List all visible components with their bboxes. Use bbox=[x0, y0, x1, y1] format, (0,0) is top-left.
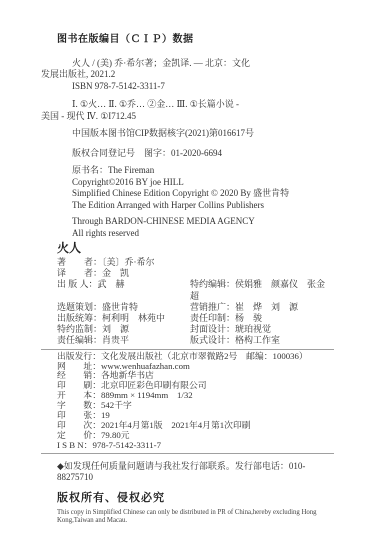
publishing-value: 542千字 bbox=[101, 400, 132, 410]
publishing-label: 印 次： bbox=[57, 420, 101, 430]
credit-label: 营销推广： bbox=[190, 302, 235, 312]
cip-title-line1: 火人 / (美) 乔·希尔著；金凯译. — 北京：文化 bbox=[72, 58, 334, 70]
publishing-value: 文化发展出版社（北京市翠微路2号 邮编：100036） bbox=[101, 351, 308, 361]
credit-value: 〔美〕乔·希尔 bbox=[102, 257, 155, 267]
book-colophon-page: 图书在版编目（ＣＩＰ）数据 火人 / (美) 乔·希尔著；金凯译. — 北京：文… bbox=[0, 0, 375, 536]
english-distribution-notice: This copy in Simplified Chinese can only… bbox=[57, 509, 334, 525]
credit-label: 选题策划： bbox=[57, 302, 102, 312]
credit-row: 责任编辑：肖贵平 版式设计：格构工作室 bbox=[57, 335, 334, 346]
credit-label: 出 版 人： bbox=[57, 279, 98, 289]
divider bbox=[41, 349, 334, 350]
credit-cell: 营销推广：崔 烨 刘 源 bbox=[190, 302, 334, 313]
credit-cell bbox=[190, 268, 334, 279]
credit-cell: 译 者：金 凯 bbox=[57, 268, 190, 279]
publishing-label: I S B N： bbox=[57, 440, 92, 450]
quality-notice-text: 如发现任何质量问题请与我社发行部联系。发行部电话：010-88275710 bbox=[57, 461, 305, 483]
publishing-label: 印 张： bbox=[57, 410, 101, 420]
publishing-value: 978-7-5142-3311-7 bbox=[92, 440, 161, 450]
cip-description-block: 火人 / (美) 乔·希尔著；金凯译. — 北京：文化 发展出版社, 2021.… bbox=[41, 58, 334, 93]
credit-cell: 版式设计：格构工作室 bbox=[190, 335, 334, 346]
publishing-label: 字 数： bbox=[57, 400, 101, 410]
publishing-value: 2021年4月第1版 2021年4月第1次印刷 bbox=[101, 420, 251, 430]
publishing-value: 889mm × 1194mm 1/32 bbox=[101, 390, 193, 400]
credit-cell: 封面设计：琥珀视觉 bbox=[190, 324, 334, 335]
credit-row: 译 者：金 凯 bbox=[57, 268, 334, 279]
colophon-content: 图书在版编目（ＣＩＰ）数据 火人 / (美) 乔·希尔著；金凯译. — 北京：文… bbox=[0, 0, 375, 525]
copyright-statement: 版权所有、侵权必究 bbox=[57, 492, 334, 505]
credit-cell bbox=[190, 257, 334, 268]
cip-heading: 图书在版编目（ＣＩＰ）数据 bbox=[57, 34, 334, 46]
credit-label: 特约编辑： bbox=[190, 279, 235, 289]
publishing-label: 定 价： bbox=[57, 430, 101, 440]
credit-value: 武 赫 bbox=[98, 279, 125, 289]
copyright-block: Copyright©2016 BY joe HILL Simplified Ch… bbox=[72, 177, 334, 212]
rights-reserved-line: All rights reserved bbox=[72, 228, 334, 240]
credits-table: 著 者：〔美〕乔·希尔 译 者：金 凯 出 版 人：武 赫 特约编辑：侯娟雅 颜… bbox=[41, 257, 334, 347]
original-title: 原书名：The Fireman bbox=[72, 165, 334, 177]
credit-row: 著 者：〔美〕乔·希尔 bbox=[57, 257, 334, 268]
credit-cell: 出版统筹：柯利明 林苑中 bbox=[57, 313, 190, 324]
credit-label: 责任编辑： bbox=[57, 335, 102, 345]
credit-cell: 特约编辑：侯娟雅 颜嘉仪 张金超 bbox=[190, 279, 334, 301]
credit-value: 杨 骏 bbox=[235, 313, 262, 323]
publishing-label: 印 刷： bbox=[57, 380, 101, 390]
credit-label: 责任印制： bbox=[190, 313, 235, 323]
copyright-registration: 版权合同登记号 图字：01-2020-6694 bbox=[72, 148, 334, 160]
cip-classification-block: Ⅰ. ①火… Ⅱ. ①乔… ②金… Ⅲ. ①长篇小说 - 美国 - 现代 Ⅳ. … bbox=[41, 99, 334, 122]
publishing-value: 19 bbox=[101, 410, 110, 420]
credit-cell: 著 者：〔美〕乔·希尔 bbox=[57, 257, 190, 268]
credit-cell: 责任印制：杨 骏 bbox=[190, 313, 334, 324]
credit-value: 柯利明 林苑中 bbox=[102, 313, 165, 323]
credit-value: 盛世肯特 bbox=[102, 302, 138, 312]
publishing-label: 出版发行： bbox=[57, 351, 101, 361]
credit-value: 琥珀视觉 bbox=[235, 324, 271, 334]
credit-label: 封面设计： bbox=[190, 324, 235, 334]
credit-label: 特约监制： bbox=[57, 324, 102, 334]
credit-cell: 责任编辑：肖贵平 bbox=[57, 335, 190, 346]
credit-row: 出 版 人：武 赫 特约编辑：侯娟雅 颜嘉仪 张金超 bbox=[57, 279, 334, 301]
publishing-value: 79.80元 bbox=[101, 430, 130, 440]
credit-value: 金 凯 bbox=[102, 268, 129, 278]
credit-cell: 特约监制：刘 源 bbox=[57, 324, 190, 335]
publishing-value: 北京印匠彩色印刷有限公司 bbox=[101, 380, 207, 390]
credit-value: 刘 源 bbox=[102, 324, 129, 334]
agency-line: Through BARDON-CHINESE MEDIA AGENCY bbox=[72, 216, 334, 228]
credit-value: 崔 烨 刘 源 bbox=[235, 302, 298, 312]
book-title: 火人 bbox=[57, 241, 334, 256]
publishing-table: 出版发行：文化发展出版社（北京市翠微路2号 邮编：100036） 网 址：www… bbox=[41, 352, 334, 451]
credit-label: 版式设计： bbox=[190, 335, 235, 345]
copyright-line1: Copyright©2016 BY joe HILL bbox=[72, 177, 334, 189]
quality-notice: ◆如发现任何质量问题请与我社发行部联系。发行部电话：010-88275710 bbox=[57, 461, 334, 484]
credit-label: 译 者： bbox=[57, 268, 102, 278]
copyright-line3: The Edition Arranged with Harper Collins… bbox=[72, 200, 334, 212]
cip-title-line2: 发展出版社, 2021.2 bbox=[41, 69, 334, 81]
credit-row: 出版统筹：柯利明 林苑中 责任印制：杨 骏 bbox=[57, 313, 334, 324]
cip-class-line2: 美国 - 现代 Ⅳ. ①I712.45 bbox=[41, 111, 334, 123]
credit-cell: 选题策划：盛世肯特 bbox=[57, 302, 190, 313]
publishing-row: I S B N：978-7-5142-3311-7 bbox=[57, 441, 334, 451]
cip-class-line1: Ⅰ. ①火… Ⅱ. ①乔… ②金… Ⅲ. ①长篇小说 - bbox=[72, 99, 334, 111]
credit-row: 特约监制：刘 源 封面设计：琥珀视觉 bbox=[57, 324, 334, 335]
credit-value: 肖贵平 bbox=[102, 335, 129, 345]
credit-label: 出版统筹： bbox=[57, 313, 102, 323]
cip-record-number: 中国版本图书馆CIP数据核字(2021)第016617号 bbox=[72, 128, 334, 140]
publishing-label: 经 销： bbox=[57, 370, 101, 380]
publishing-label: 开 本： bbox=[57, 390, 101, 400]
publishing-value: 各地新华书店 bbox=[101, 370, 154, 380]
copyright-line2: Simplified Chinese Edition Copyright © 2… bbox=[72, 188, 334, 200]
cip-isbn: ISBN 978-7-5142-3311-7 bbox=[72, 81, 334, 93]
divider bbox=[41, 453, 334, 454]
diamond-bullet-icon: ◆ bbox=[57, 461, 64, 471]
credit-value: 格构工作室 bbox=[235, 335, 280, 345]
credit-row: 选题策划：盛世肯特 营销推广：崔 烨 刘 源 bbox=[57, 302, 334, 313]
credit-label: 著 者： bbox=[57, 257, 102, 267]
credit-cell: 出 版 人：武 赫 bbox=[57, 279, 190, 301]
